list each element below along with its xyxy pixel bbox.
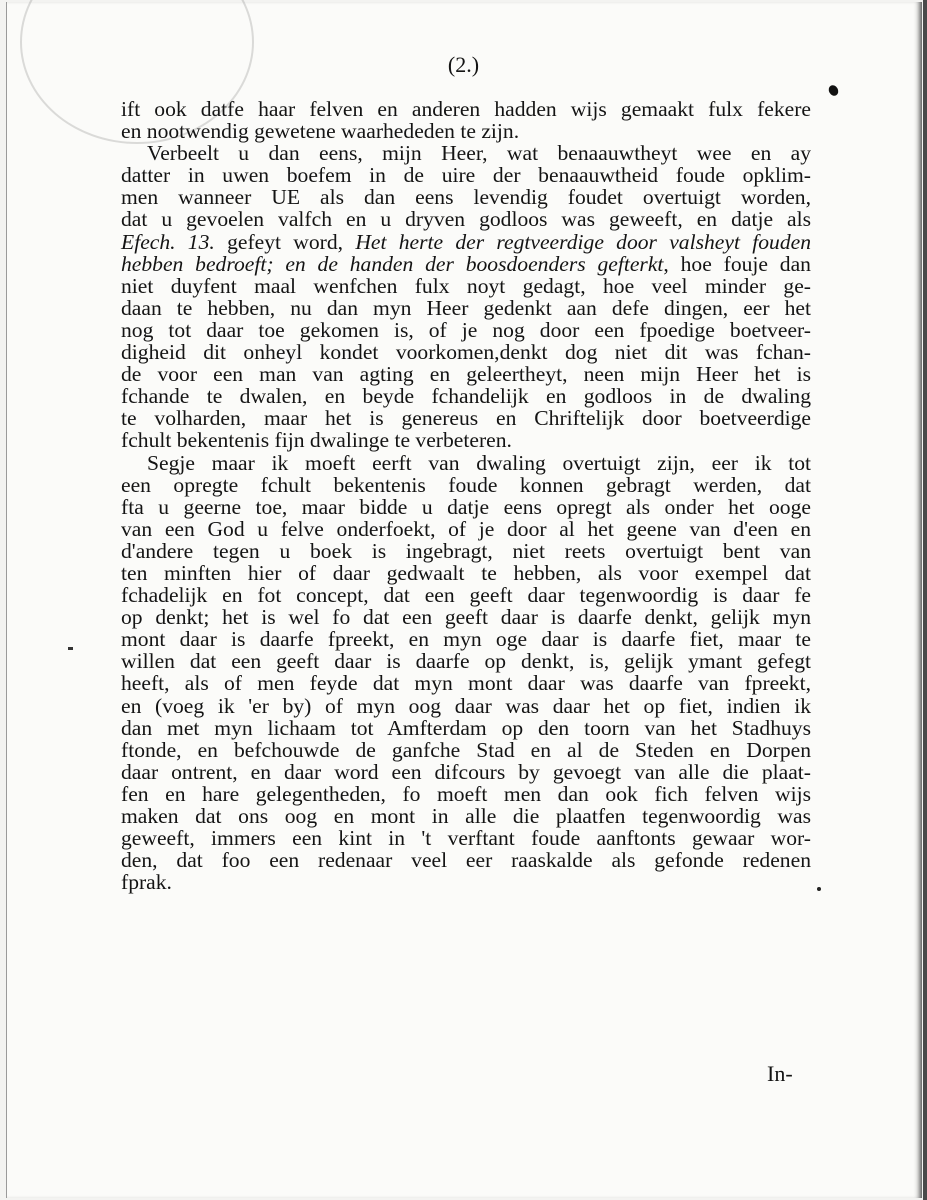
text-line: fchult bekentenis fijn dwalinge te verbe… [121, 429, 811, 451]
text-line-with-citation: Efech. 13. gefeyt word, Het herte der re… [121, 231, 811, 253]
text-line: fchande te dwalen, en beyde fchandelijk … [121, 385, 811, 407]
text-line: en (voeg ik 'er by) of myn oog daar was … [121, 695, 811, 717]
text-segment: gefeyt word, [215, 230, 356, 254]
text-line: daan te hebben, nu dan myn Heer gedenkt … [121, 297, 811, 319]
text-line: van een God u felve onderfoekt, of je do… [121, 518, 811, 540]
text-line: te volharden, maar het is genereus en Ch… [121, 407, 811, 429]
text-line: heeft, als of men feyde dat myn mont daa… [121, 672, 811, 694]
text-line: datter in uwen boefem in de uire der ben… [121, 164, 811, 186]
margin-mark [68, 647, 73, 650]
text-line: fchadelijk en fot concept, dat een geeft… [121, 584, 811, 606]
text-line: Segje maar ik moeft eerft van dwaling ov… [121, 452, 811, 474]
text-line: op denkt; het is wel fo dat een geeft da… [121, 606, 811, 628]
text-line: den, dat foo een redenaar veel eer raask… [121, 849, 811, 871]
text-line-with-quote: hebben bedroeft; en de handen der boosdo… [121, 253, 811, 275]
text-line: ten minften hier of daar gedwaalt te heb… [121, 562, 811, 584]
text-line: een opregte fchult bekentenis foude konn… [121, 474, 811, 496]
text-line: niet duyfent maal wenfchen fulx noyt ged… [121, 275, 811, 297]
text-line: de voor een man van agting en geleerthey… [121, 363, 811, 385]
text-line: nog tot daar toe gekomen is, of je nog d… [121, 319, 811, 341]
text-segment: , hoe fouje dan [663, 252, 811, 276]
text-line: men wanneer UE als dan eens levendig fou… [121, 186, 811, 208]
text-line: fta u geerne toe, maar bidde u datje een… [121, 496, 811, 518]
page-edge-shadow [923, 0, 927, 1200]
citation-reference: Efech. 13. [121, 230, 215, 254]
text-line: ftonde, en befchouwde de ganfche Stad en… [121, 739, 811, 761]
text-line: ift ook datfe haar felven en anderen had… [121, 98, 811, 120]
text-line: daar ontrent, en daar word een difcours … [121, 761, 811, 783]
quoted-scripture: hebben bedroeft; en de handen der boosdo… [121, 252, 663, 276]
text-line: d'andere tegen u boek is ingebragt, niet… [121, 540, 811, 562]
text-line: geweeft, immers een kint in 't verftant … [121, 827, 811, 849]
ink-speck [817, 887, 821, 891]
text-line: maken dat ons oog en mont in alle die pl… [121, 805, 811, 827]
text-line: digheid dit onheyl kondet voorkomen,denk… [121, 341, 811, 363]
text-line: dan met myn lichaam tot Amfterdam op den… [121, 717, 811, 739]
text-line: dat u gevoelen valfch en u dryven godloo… [121, 208, 811, 230]
text-line: fprak. [121, 871, 811, 893]
text-line: mont daar is daarfe fpreekt, en myn oge … [121, 628, 811, 650]
body-text: ift ook datfe haar felven en anderen had… [121, 98, 811, 893]
text-line: Verbeelt u dan eens, mijn Heer, wat bena… [121, 142, 811, 164]
text-line: willen dat een geeft daar is daarfe op d… [121, 650, 811, 672]
catchword: In- [767, 1061, 793, 1087]
text-line: en nootwendig gewetene waarhededen te zi… [121, 120, 811, 142]
text-line: fen en hare gelegentheden, fo moeft men … [121, 783, 811, 805]
page-number: (2.) [0, 52, 927, 78]
quoted-scripture: Het herte der regtveerdige door valsheyt… [355, 230, 811, 254]
